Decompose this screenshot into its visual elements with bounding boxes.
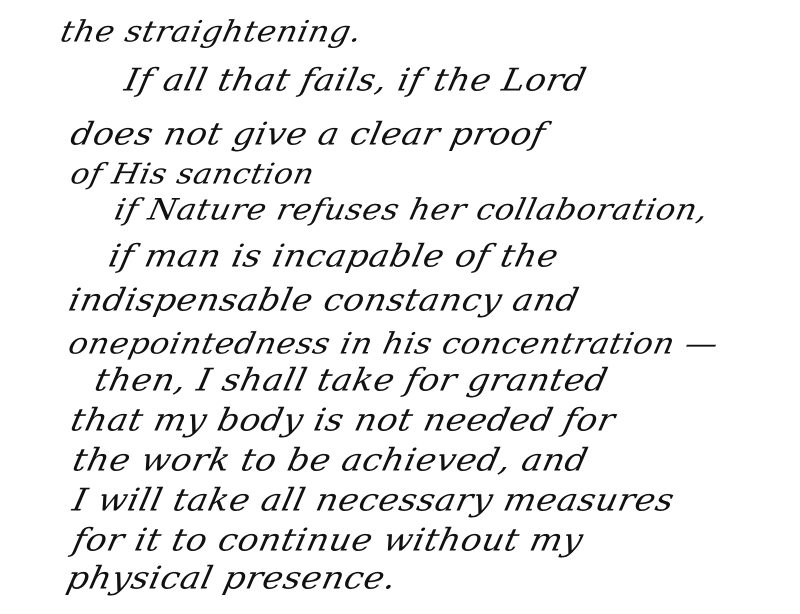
- handwritten-line-2: If all that fails, if the Lord: [122, 65, 589, 96]
- handwritten-line-1: the straightening.: [58, 17, 365, 46]
- handwritten-line-3: does not give a clear proof: [68, 119, 548, 150]
- handwritten-line-4: of His sanction: [68, 160, 317, 189]
- handwritten-line-12: I will take all necessary measures: [70, 485, 677, 516]
- handwritten-line-11: the work to be achieved, and: [70, 445, 591, 476]
- handwritten-page: the straightening. If all that fails, if…: [0, 0, 800, 614]
- handwritten-line-6: if man is incapable of the: [106, 241, 561, 272]
- handwritten-line-5: if Nature refuses her collaboration,: [112, 195, 711, 224]
- handwritten-line-7: indispensable constancy and: [66, 285, 582, 316]
- handwritten-line-8: onepointedness in his concentration —: [66, 329, 721, 358]
- handwritten-line-9: then, I shall take for granted: [92, 365, 611, 396]
- handwritten-line-10: that my body is not needed for: [68, 405, 618, 436]
- handwritten-line-14: physical presence.: [64, 563, 399, 594]
- handwritten-line-13: for it to continue without my: [70, 525, 586, 556]
